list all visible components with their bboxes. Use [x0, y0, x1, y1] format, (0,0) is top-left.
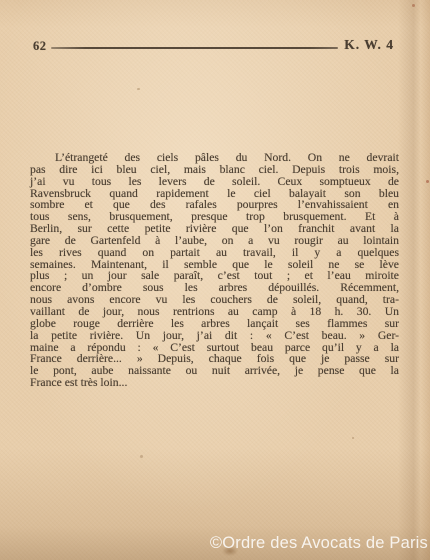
text-line: France est très loin...: [30, 377, 399, 389]
paper-speck: [426, 180, 429, 183]
edition-label: K. W. 4: [344, 38, 394, 52]
page-number: 62: [33, 40, 47, 52]
watermark: ©Ordre des Avocats de Paris: [210, 534, 428, 553]
paper-speck: [412, 4, 415, 7]
body-text: L’étrangeté des ciels pâles du Nord. On …: [30, 152, 399, 389]
text-line: les rives quand on partait au travail, i…: [30, 247, 399, 259]
text-line: la petite rivière. Un jour, j’ai dit : «…: [30, 330, 399, 342]
page-header: 62 K. W. 4: [0, 38, 430, 56]
paper-speck: [137, 88, 140, 90]
header-rule: [51, 47, 338, 49]
paper-speck: [352, 437, 354, 439]
text-line: pas dire ici bleu ciel, mais blanc ciel.…: [30, 164, 399, 176]
text-line: globe rouge derrière les arbres lançait …: [30, 318, 399, 330]
book-page: 62 K. W. 4 L’étrangeté des ciels pâles d…: [0, 0, 430, 560]
text-line: gare de Gartenfeld à l’aube, on a vu rou…: [30, 235, 399, 247]
paper-speck: [140, 455, 143, 458]
text-line: j’ai vu tous les levers de soleil. Ceux …: [30, 176, 399, 188]
